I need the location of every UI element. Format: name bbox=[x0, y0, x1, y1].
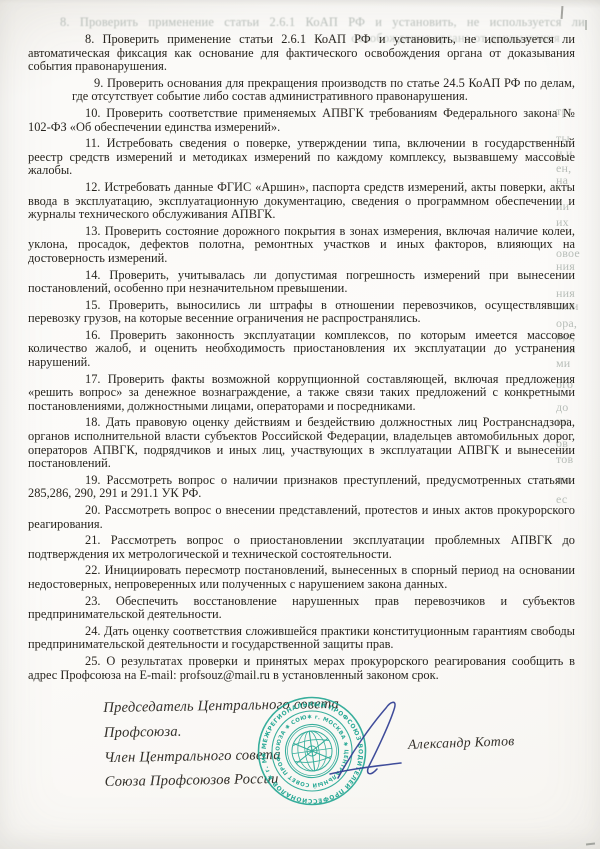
list-item-25: 25. О результатах проверки и принятых ме… bbox=[28, 655, 575, 682]
list-item-24: 24. Дать оценку соответствия сложившейся… bbox=[28, 625, 575, 652]
list-item-13: 13. Проверить состояние дорожного покрыт… bbox=[28, 225, 575, 266]
list-item-20: 20. Рассмотреть вопрос о внесении предст… bbox=[28, 504, 575, 531]
list-item-10: 10. Проверить соответствие применяемых А… bbox=[28, 107, 575, 134]
list-item-12: 12. Истребовать данные ФГИС «Аршин», пас… bbox=[28, 181, 575, 222]
list-item-23: 23. Обеспечить восстановление нарушенных… bbox=[28, 595, 575, 622]
scan-mark bbox=[585, 20, 587, 30]
signature-stroke bbox=[300, 690, 440, 800]
list-item-11: 11. Истребовать сведения о поверке, утве… bbox=[28, 137, 575, 178]
list-item-14: 14. Проверить, учитывалась ли допустимая… bbox=[28, 269, 575, 296]
ghost-text-line: 8. Проверить применение статьи 2.6.1 КоА… bbox=[60, 15, 585, 30]
scan-mark bbox=[586, 843, 595, 846]
list-item-18: 18. Дать правовую оценку действиям и без… bbox=[28, 416, 575, 470]
list-item-17: 17. Проверить факты возможной коррупцион… bbox=[28, 373, 575, 414]
document-body: 8. Проверить применение статьи 2.6.1 КоА… bbox=[28, 33, 575, 682]
handwritten-signature bbox=[300, 690, 440, 800]
list-item-8: 8. Проверить применение статьи 2.6.1 КоА… bbox=[28, 33, 575, 74]
scan-edge-streak bbox=[0, 0, 600, 9]
list-item-16: 16. Проверить законность эксплуатации ко… bbox=[28, 329, 575, 370]
list-item-15: 15. Проверить, выносились ли штрафы в от… bbox=[28, 299, 575, 326]
list-item-9: 9. Проверить основания для прекращения п… bbox=[72, 77, 575, 104]
list-item-22: 22. Инициировать пересмотр постановлений… bbox=[28, 564, 575, 591]
document-page: 8. Проверить применение статьи 2.6.1 КоА… bbox=[0, 0, 600, 849]
list-item-21: 21. Рассмотреть вопрос о приостановлении… bbox=[28, 534, 575, 561]
list-item-19: 19. Рассмотреть вопрос о наличии признак… bbox=[28, 474, 575, 501]
